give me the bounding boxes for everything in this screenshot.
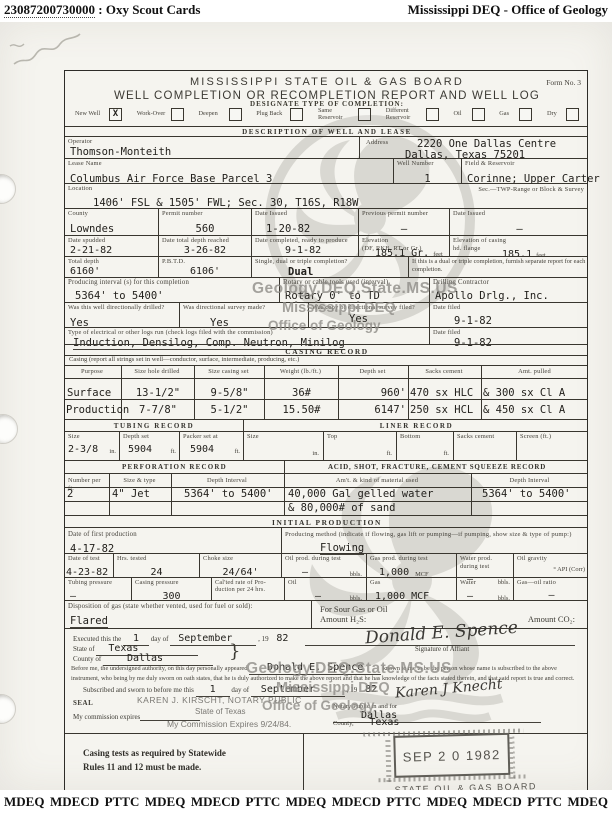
checkbox-box: X: [109, 108, 122, 121]
depth-row: Total depth 6160' P.B.T.D. 6106' Single,…: [65, 256, 587, 277]
address-cell: Address 2220 One Dallas Centre Dallas, T…: [360, 137, 589, 158]
liner-top-cell: Top ft.: [324, 432, 397, 460]
checkbox-different-reservoir: Different Reservoir: [386, 108, 439, 122]
casing-header-row: Purpose Size hole drilled Size casing se…: [65, 365, 587, 378]
producing-method-cell: Producing method (indicate if flowing, g…: [282, 528, 589, 553]
total-depth-cell: Total depth 6160': [65, 257, 159, 277]
checkbox-box: [566, 108, 579, 121]
received-stamp: SEP 2 0 1982 STATE OIL & GAS BOARD: [393, 732, 537, 795]
dir-drilled-cell: Was this well directionally drilled? Yes: [65, 303, 180, 327]
checkbox-work-over: Work-Over: [137, 108, 184, 121]
previous-date-issued-cell: Date Issued –: [450, 209, 589, 235]
contractor-cell: Drilling Contractor Apollo Drlg., Inc.: [430, 278, 589, 302]
notary-paragraph: Before me, the undersigned authority, on…: [65, 661, 587, 683]
checkbox-plug-back: Plug Back: [256, 108, 303, 121]
checkbox-gas: Gas: [499, 108, 532, 121]
tubing-liner-bar: TUBING RECORD LINER RECORD: [65, 419, 587, 431]
liner-screen-cell: Screen (ft.): [517, 432, 589, 460]
well-number-cell: Well Number 1: [394, 159, 462, 183]
perf-acid-bar: PERFORATION RECORD ACID, SHOT, FRACTURE,…: [65, 460, 587, 473]
notary-stamp-line3: My Commission Expires 9/24/84.: [167, 719, 291, 729]
seal-label: SEAL: [73, 699, 93, 707]
directional-row: Was this well directionally drilled? Yes…: [65, 302, 587, 327]
liner-sacks-cell: Sacks cement: [454, 432, 517, 460]
elevation-cell: Elevation (DF, RKB, RT or Gr.) 185.1 Gr.…: [359, 236, 450, 256]
date-spudded-cell: Date spudded 2-21-82: [65, 236, 159, 256]
checkbox-box: [426, 108, 439, 121]
document-title: : Oxy Scout Cards: [95, 2, 200, 17]
liner-bottom-cell: Bottom ft.: [397, 432, 454, 460]
perf-acid-header-row: Number per ft. Size & type Depth Interva…: [65, 473, 587, 487]
checkbox-box: [229, 108, 242, 121]
perf-acid-value-row2: & 80,000# of sand: [65, 501, 587, 515]
pressure-row: Tubing pressure– Casing pressure300 Cal'…: [65, 577, 587, 600]
test-row: Date of test4-23-82 Hrs. tested24 Choke …: [65, 553, 587, 577]
form-title-row: MISSISSIPPI STATE OIL & GAS BOARD WELL C…: [65, 71, 587, 99]
tubing-liner-row: Size 2-3/8 in. Depth set 5904 ft. Packer…: [65, 431, 587, 460]
agency-header: Mississippi DEQ - Office of Geology: [408, 2, 608, 18]
logs-cell: Type of electrical or other logs run (ch…: [65, 328, 430, 344]
operator-cell: Operator Thomson-Monteith: [65, 137, 360, 158]
checkbox-box: [472, 108, 485, 121]
checkbox-same-reservoir: Same Reservoir: [318, 108, 371, 122]
dates-row: Date spudded 2-21-82 Date total depth re…: [65, 235, 587, 256]
scanned-document-viewer: 23087200730000 : Oxy Scout Cards Mississ…: [0, 0, 612, 814]
casing-row-production: Production 7-7/8" 5-1/2" 15.50# 6147' 25…: [65, 399, 587, 419]
county-row: County Lowndes Permit number 560 Date Is…: [65, 208, 587, 235]
elevation-casing-cell: Elevation of casing hd. flange 185.1 fee…: [450, 236, 589, 256]
completion-type-cell: Single, dual or triple completion? Dual: [252, 257, 409, 277]
previous-permit-cell: Previous permit number –: [359, 209, 450, 235]
scanned-page: Geology.DEQ.State.MS.US Mississippi DEQ …: [0, 22, 612, 790]
checkbox-new-well: New WellX: [75, 108, 122, 121]
notary-block: SEAL My commission expires KAREN J. KIRS…: [65, 695, 587, 733]
page-header: 23087200730000 : Oxy Scout Cards Mississ…: [0, 0, 612, 22]
checkbox-box: [290, 108, 303, 121]
punch-hole: [0, 174, 16, 204]
document-number: 23087200730000: [4, 2, 95, 18]
tubing-depth-cell: Depth set 5904 ft.: [120, 432, 180, 460]
notary-stamp-line2: State of Texas: [195, 707, 246, 716]
dir-date-filed-cell: Date filed 9-1-82: [430, 303, 589, 327]
disposition-cell: Disposition of gas (state whether vented…: [65, 601, 312, 628]
document-id: 23087200730000 : Oxy Scout Cards: [4, 2, 200, 18]
county-cell: County Lowndes: [65, 209, 159, 235]
appeared-name: Donald E. Spence: [249, 662, 381, 675]
location-value: 1406' FSL & 1505' FWL; Sec. 30, T16S, R1…: [65, 197, 589, 209]
permit-cell: Permit number 560: [159, 209, 252, 235]
punch-hole: [0, 694, 16, 724]
operator-row: Operator Thomson-Monteith Address 2220 O…: [65, 136, 587, 158]
punch-hole: [0, 414, 18, 444]
date-completed-cell: Date completed, ready to produce 9-1-82: [252, 236, 359, 256]
executed-row: Executed this the 1 day of September , 1…: [65, 628, 587, 661]
casing-note-row: Casing (report all strings set in well—c…: [65, 355, 587, 365]
dir-copy-cell: Was copy of directional survey filed? Ye…: [309, 303, 430, 327]
well-completion-form: MISSISSIPPI STATE OIL & GAS BOARD WELL C…: [64, 70, 588, 799]
pencil-mark: [8, 26, 88, 76]
checkbox-deepen: Deepen: [199, 108, 242, 121]
lease-cell: Lease Name Columbus Air Force Base Parce…: [65, 159, 394, 183]
liner-size-cell: Size in.: [244, 432, 324, 460]
page-footer: MDEQMDECDPTTCMDEQMDECDPTTCMDEQMDECDPTTCM…: [0, 790, 612, 814]
checkbox-box: [358, 108, 371, 121]
board-title: MISSISSIPPI STATE OIL & GAS BOARD: [65, 71, 589, 88]
initial-production-bar: INITIAL PRODUCTION: [65, 515, 587, 527]
description-bar: DESCRIPTION OF WELL AND LEASE: [65, 126, 587, 136]
checkbox-oil: Oil: [454, 108, 485, 121]
brace: }: [229, 641, 240, 662]
casing-record-bar: CASING RECORD: [65, 344, 587, 355]
completion-type-row: New WellX Work-Over Deepen Plug Back Sam…: [65, 108, 587, 126]
sec-twp-label: Sec.—TWP-Range or Block & Survey: [475, 185, 586, 194]
field-reservoir-cell: Field & Reservoir Corinne; Upper Carter: [462, 159, 589, 183]
first-production-row: Date of first production 4-17-82 Produci…: [65, 527, 587, 553]
producing-interval-row: Producing interval (s) for this completi…: [65, 277, 587, 302]
checkbox-box: [519, 108, 532, 121]
pbtd-cell: P.B.T.D. 6106': [159, 257, 252, 277]
tubing-packer-cell: Packer set at 5904 ft.: [180, 432, 244, 460]
subscribed-row: Subscribed and sworn to before me this 1…: [65, 683, 587, 695]
date-td-cell: Date total depth reached 3-26-82: [159, 236, 252, 256]
notary-stamp-line1: KAREN J. KIRSCHT, NOTARY PUBLIC: [137, 695, 302, 705]
dir-survey-cell: Was directional survey made? Yes: [180, 303, 309, 327]
dual-note-cell: If this is a dual or triple completion, …: [409, 257, 589, 277]
checkbox-box: [171, 108, 184, 121]
operator-value: Thomson-Monteith: [65, 146, 359, 158]
form-number: Form No. 3: [546, 78, 581, 87]
logs-date-filed-cell: Date filed 9-1-82: [430, 328, 589, 344]
logs-row: Type of electrical or other logs run (ch…: [65, 327, 587, 344]
tubing-size-cell: Size 2-3/8 in.: [65, 432, 120, 460]
location-row: Location Sec.—TWP-Range or Block & Surve…: [65, 183, 587, 208]
producing-interval-cell: Producing interval (s) for this completi…: [65, 278, 280, 302]
rotary-cell: Rotary or cable tools used (interval) Ro…: [280, 278, 430, 302]
casing-row-surface: Surface 13-1/2" 9-5/8" 36# 960' 470 sx H…: [65, 378, 587, 399]
date-issued-cell: Date Issued 1-20-82: [252, 209, 359, 235]
lease-row: Lease Name Columbus Air Force Base Parce…: [65, 158, 587, 183]
checkbox-dry: Dry: [547, 108, 579, 121]
stamp-date: SEP 2 0 1982: [393, 733, 510, 778]
first-production-cell: Date of first production 4-17-82: [65, 528, 282, 553]
perf-acid-value-row1: 2 4" Jet 5364' to 5400' 40,000 Gal gelle…: [65, 487, 587, 501]
